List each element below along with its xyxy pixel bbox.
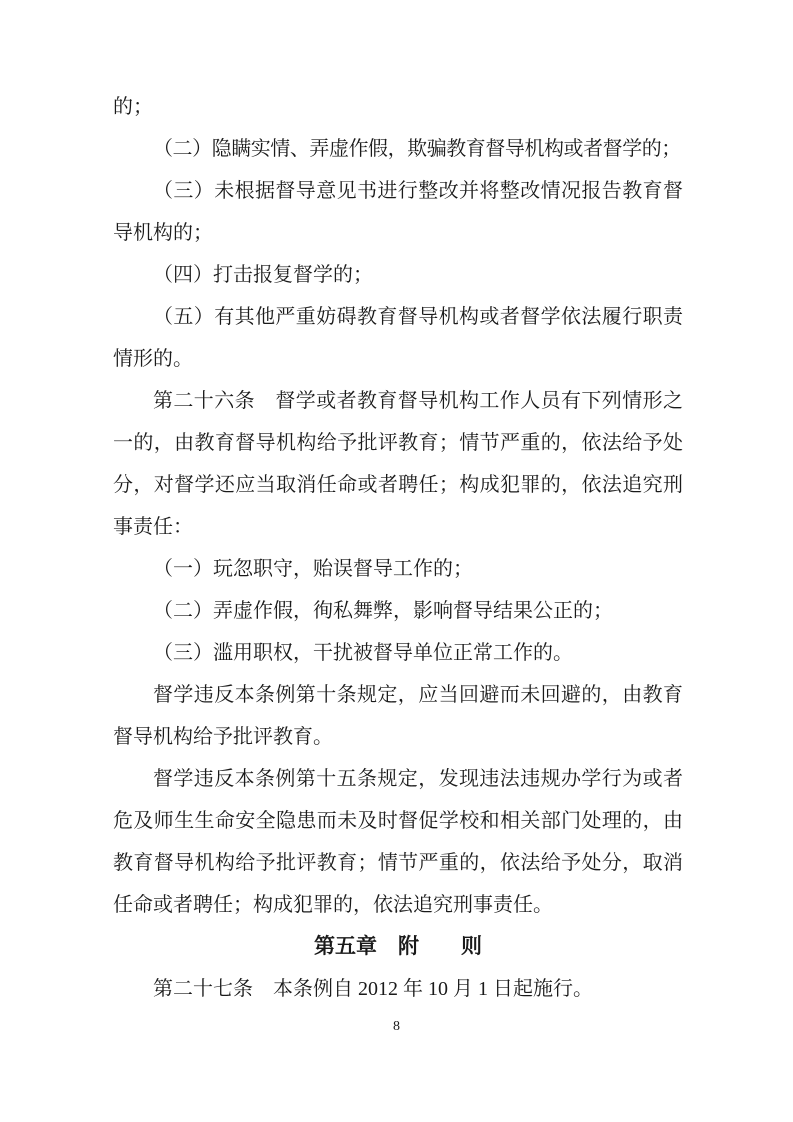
document-page: 的； （二）隐瞒实情、弄虚作假，欺骗教育督导机构或者督学的； （三）未根据督导意… — [0, 0, 793, 1122]
article-27: 第二十七条 本条例自 2012 年 10 月 1 日起施行。 — [113, 968, 683, 1010]
list-item-4: （四）打击报复督学的； — [113, 254, 683, 296]
paragraph-article-10-ref: 督学违反本条例第十条规定，应当回避而未回避的，由教育督导机构给予批评教育。 — [113, 674, 683, 758]
chapter-5-heading: 第五章 附 则 — [113, 926, 683, 968]
article-26-item-3: （三）滥用职权，干扰被督导单位正常工作的。 — [113, 632, 683, 674]
article-26-item-2: （二）弄虚作假，徇私舞弊，影响督导结果公正的； — [113, 590, 683, 632]
paragraph-continuation: 的； — [113, 86, 683, 128]
page-number: 8 — [0, 1016, 793, 1038]
list-item-5: （五）有其他严重妨碍教育督导机构或者督学依法履行职责情形的。 — [113, 296, 683, 380]
list-item-2: （二）隐瞒实情、弄虚作假，欺骗教育督导机构或者督学的； — [113, 128, 683, 170]
paragraph-article-15-ref: 督学违反本条例第十五条规定，发现违法违规办学行为或者危及师生生命安全隐患而未及时… — [113, 758, 683, 926]
list-item-3: （三）未根据督导意见书进行整改并将整改情况报告教育督导机构的； — [113, 170, 683, 254]
document-body: 的； （二）隐瞒实情、弄虚作假，欺骗教育督导机构或者督学的； （三）未根据督导意… — [113, 86, 683, 1010]
article-26-item-1: （一）玩忽职守，贻误督导工作的； — [113, 548, 683, 590]
article-26: 第二十六条 督学或者教育督导机构工作人员有下列情形之一的，由教育督导机构给予批评… — [113, 380, 683, 548]
